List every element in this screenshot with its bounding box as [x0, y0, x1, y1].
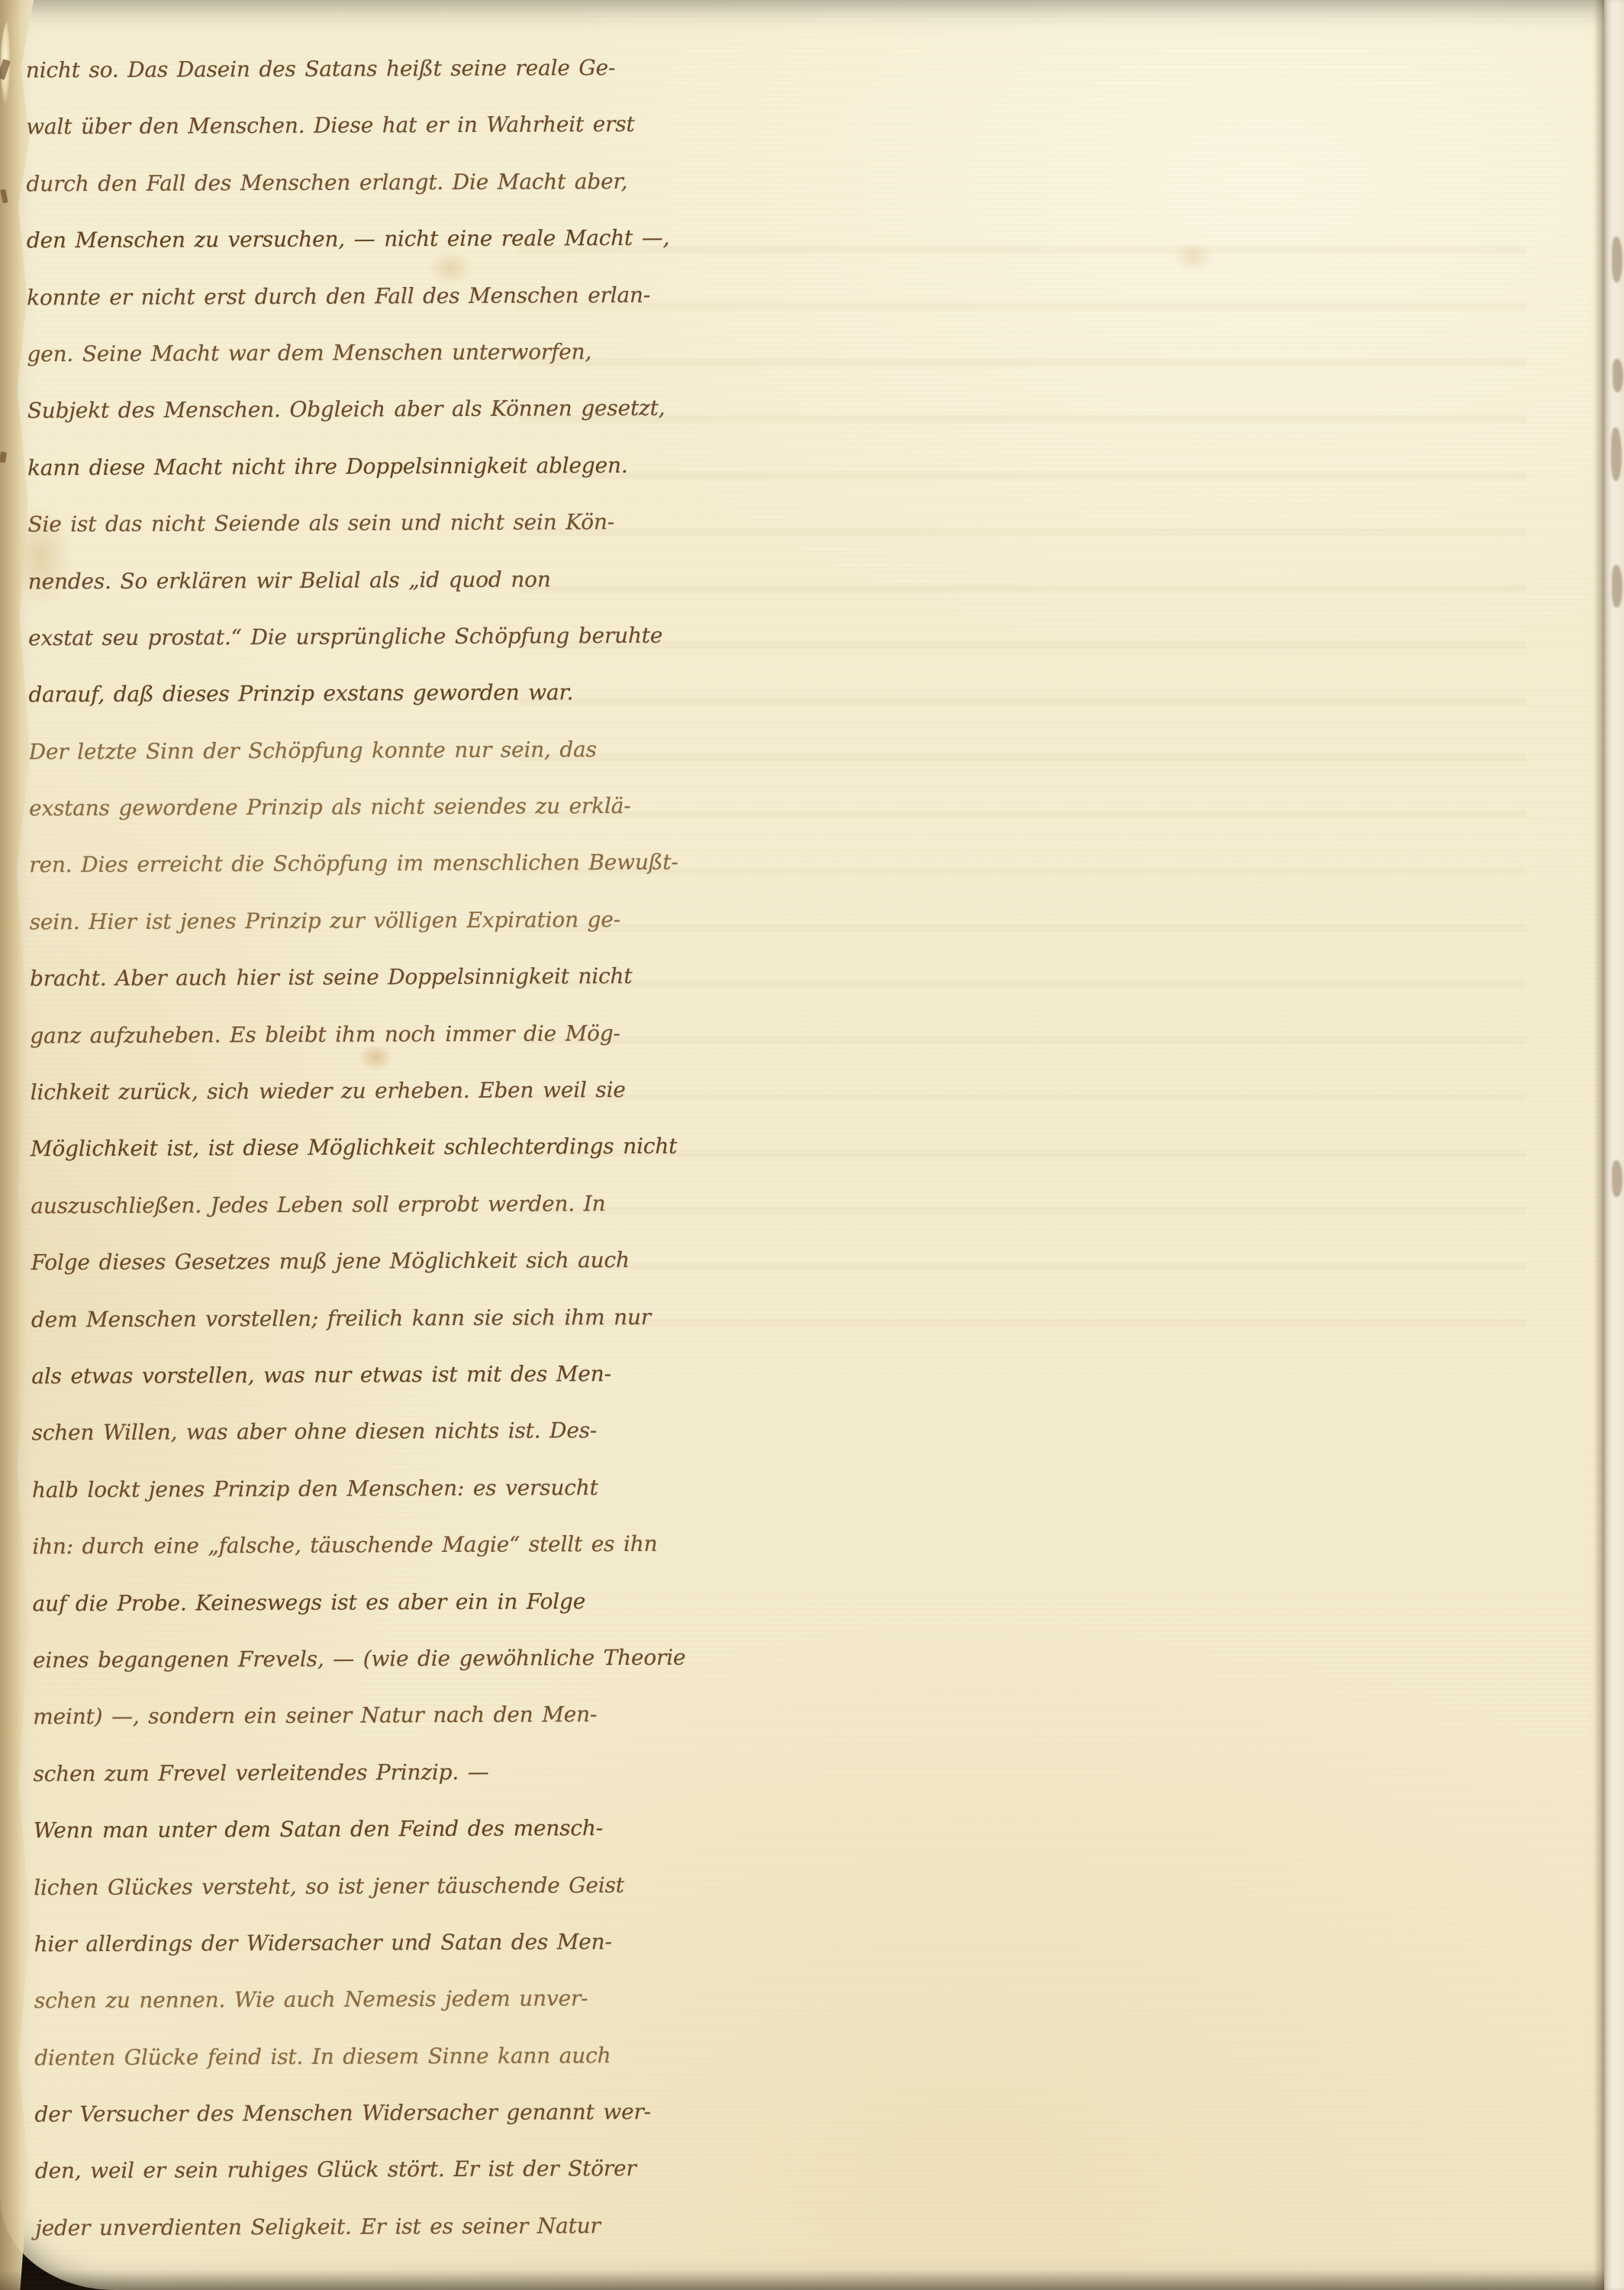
- adjacent-page-ink-mark: [1611, 427, 1622, 481]
- photograph-of-manuscript: { "manuscript": { "colors": { "paper": "…: [0, 0, 1624, 2290]
- manuscript-line: Der letzte Sinn der Schöpfung konnte nur…: [29, 721, 517, 780]
- manuscript-line: jeder unverdienten Seligkeit. Er ist es …: [35, 2198, 524, 2256]
- manuscript-line: auf die Probe. Keineswegs ist es aber ei…: [32, 1573, 520, 1632]
- manuscript-line: darauf, daß dieses Prinzip exstans gewor…: [28, 665, 517, 724]
- right-page-fold-shadow: [1593, 0, 1604, 2290]
- adjacent-page-ink-mark: [1612, 565, 1622, 608]
- manuscript-line: den Menschen zu versuchen, — nicht eine …: [27, 211, 515, 269]
- handwriting-block: nicht so. Das Dasein des Satans heißt se…: [26, 40, 524, 2257]
- manuscript-line: dem Menschen vorstellen; freilich kann s…: [31, 1289, 520, 1348]
- manuscript-line: Folge dieses Gesetzes muß jene Möglichke…: [31, 1233, 519, 1292]
- adjacent-page-ink-mark: [1613, 359, 1623, 392]
- adjacent-page-sliver: [1604, 0, 1624, 2290]
- bottom-edge-shadow: [0, 2270, 1624, 2290]
- manuscript-line: ren. Dies erreicht die Schöpfung im mens…: [29, 835, 517, 894]
- manuscript-line: als etwas vorstellen, was nur etwas ist …: [31, 1347, 520, 1405]
- adjacent-page-ink-mark: [1612, 237, 1622, 282]
- manuscript-line: auszuschließen. Jedes Leben soll erprobt…: [31, 1176, 519, 1234]
- manuscript-line: dienten Glücke feind ist. In diesem Sinn…: [34, 2027, 523, 2086]
- manuscript-line: nicht so. Das Dasein des Satans heißt se…: [26, 40, 514, 99]
- adjacent-page-ink-mark: [1612, 1160, 1622, 1197]
- manuscript-line: exstat seu prostat.“ Die ursprüngliche S…: [28, 608, 517, 667]
- manuscript-line: den, weil er sein ruhiges Glück stört. E…: [35, 2141, 524, 2200]
- manuscript-line: gen. Seine Macht war dem Menschen unterw…: [27, 324, 515, 383]
- manuscript-line: walt über den Menschen. Diese hat er in …: [26, 97, 514, 156]
- manuscript-line: halb lockt jenes Prinzip den Menschen: e…: [32, 1459, 520, 1518]
- manuscript-line: ganz aufzuheben. Es bleibt ihm noch imme…: [30, 1005, 518, 1064]
- manuscript-line: Möglichkeit ist, ist diese Möglichkeit s…: [31, 1119, 519, 1178]
- manuscript-line: lichkeit zurück, sich wieder zu erheben.…: [31, 1063, 519, 1121]
- manuscript-line: lichen Glückes versteht, so ist jener tä…: [34, 1857, 522, 1916]
- manuscript-line: sein. Hier ist jenes Prinzip zur völlige…: [30, 892, 518, 950]
- manuscript-line: schen Willen, was aber ohne diesen nicht…: [31, 1403, 520, 1462]
- manuscript-line: exstans gewordene Prinzip als nicht seie…: [29, 779, 517, 837]
- manuscript-page: nicht so. Das Dasein des Satans heißt se…: [0, 0, 1624, 2290]
- manuscript-line: Wenn man unter dem Satan den Feind des m…: [34, 1801, 522, 1859]
- manuscript-line: schen zu nennen. Wie auch Nemesis jedem …: [34, 1971, 523, 2030]
- manuscript-line: Subjekt des Menschen. Obgleich aber als …: [27, 381, 516, 440]
- manuscript-line: hier allerdings der Widersacher und Sata…: [34, 1914, 522, 1972]
- manuscript-line: Sie ist das nicht Seiende als sein und n…: [27, 495, 516, 553]
- manuscript-line: schen zum Frevel verleitendes Prinzip. —: [33, 1743, 521, 1802]
- manuscript-line: der Versucher des Menschen Widersacher g…: [34, 2085, 523, 2143]
- manuscript-line: bracht. Aber auch hier ist seine Doppels…: [30, 949, 518, 1008]
- manuscript-line: durch den Fall des Menschen erlangt. Die…: [26, 153, 514, 212]
- manuscript-line: konnte er nicht erst durch den Fall des …: [27, 267, 515, 326]
- manuscript-line: kann diese Macht nicht ihre Doppelsinnig…: [27, 437, 516, 496]
- verso-show-through: [519, 206, 1526, 1336]
- manuscript-line: ihn: durch eine „falsche, täuschende Mag…: [32, 1517, 520, 1576]
- manuscript-line: eines begangenen Frevels, — (wie die gew…: [33, 1630, 521, 1689]
- manuscript-line: meint) —, sondern ein seiner Natur nach …: [33, 1687, 521, 1746]
- manuscript-line: nendes. So erklären wir Belial als „id q…: [28, 551, 517, 610]
